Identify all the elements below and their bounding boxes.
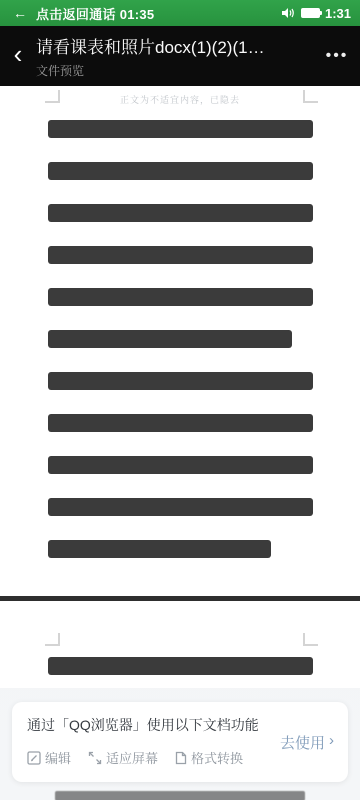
promo-card-title: 通过「QQ浏览器」使用以下文档功能	[27, 715, 280, 735]
page1-redactions	[48, 120, 313, 582]
battery-icon	[301, 8, 320, 18]
more-options-button[interactable]: •••	[314, 47, 360, 65]
promo-card-actions: 编辑 适应屏幕 格式转换	[27, 748, 280, 767]
redacted-text-line	[48, 372, 313, 390]
edit-icon	[27, 751, 41, 765]
redacted-text-line	[48, 540, 271, 558]
redacted-text-line	[48, 330, 292, 348]
go-use-label: 去使用	[280, 732, 325, 753]
header-text: 请看课表和照片docx(1)(2)(1… 文件预览	[36, 33, 314, 79]
document-title: 请看课表和照片docx(1)(2)(1…	[36, 33, 314, 58]
edit-action[interactable]: 编辑	[27, 748, 71, 767]
redacted-text-line	[48, 456, 313, 474]
redacted-text-line	[48, 288, 313, 306]
phone-screen: ← 点击返回通话 01:35 1:31 ‹ 请看课表和照片docx(1)(2)(…	[0, 0, 360, 800]
return-to-call-banner[interactable]: 点击返回通话 01:35	[36, 4, 154, 23]
status-bar[interactable]: ← 点击返回通话 01:35 1:31	[0, 0, 360, 26]
edit-label: 编辑	[45, 748, 71, 767]
speaker-icon	[282, 7, 296, 19]
redacted-text-line	[48, 657, 313, 675]
fit-screen-action[interactable]: 适应屏幕	[88, 748, 158, 767]
fit-screen-icon	[88, 751, 102, 765]
page-corner-mark	[303, 633, 318, 646]
document-page-1: 正文为不适宜内容，已隐去	[0, 86, 360, 596]
chevron-right-icon: ›	[329, 732, 334, 750]
redaction-note: 正文为不适宜内容，已隐去	[0, 93, 360, 106]
status-icons: 1:31	[282, 6, 351, 21]
redacted-text-line	[48, 162, 313, 180]
redacted-text-line-partial	[55, 791, 305, 800]
format-convert-label: 格式转换	[191, 748, 243, 767]
viewer-subtitle: 文件预览	[36, 62, 314, 79]
page-corner-mark	[45, 633, 60, 646]
redacted-text-line	[48, 204, 313, 222]
status-time: 1:31	[325, 6, 351, 21]
promo-card-left: 通过「QQ浏览器」使用以下文档功能 编辑 适	[27, 715, 280, 782]
format-convert-icon	[175, 751, 187, 765]
qq-browser-promo-card: 通过「QQ浏览器」使用以下文档功能 编辑 适	[12, 702, 348, 782]
fit-screen-label: 适应屏幕	[106, 748, 158, 767]
redacted-text-line	[48, 246, 313, 264]
return-to-call-arrow-icon: ←	[13, 6, 27, 20]
doc-viewer-header: ‹ 请看课表和照片docx(1)(2)(1… 文件预览 •••	[0, 26, 360, 86]
bottom-overlay: 通过「QQ浏览器」使用以下文档功能 编辑 适	[0, 688, 360, 800]
redacted-text-line	[48, 120, 313, 138]
redacted-text-line	[48, 414, 313, 432]
back-button[interactable]: ‹	[0, 41, 36, 71]
go-use-button[interactable]: 去使用 ›	[280, 732, 334, 782]
redacted-text-line	[48, 498, 313, 516]
format-convert-action[interactable]: 格式转换	[175, 748, 243, 767]
page2-redactions	[48, 657, 313, 675]
